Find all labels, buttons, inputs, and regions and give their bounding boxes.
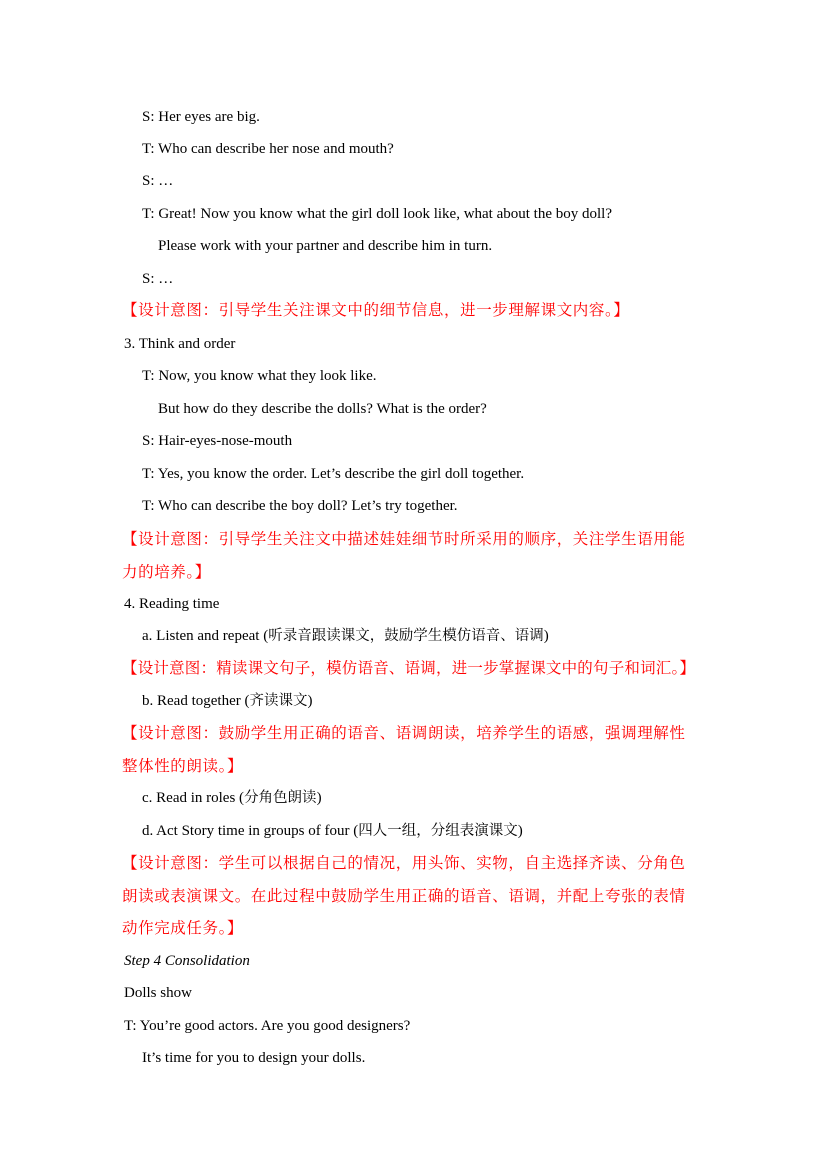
design-intent-note: 【设计意图：引导学生关注文中描述娃娃细节时所采用的顺序，关注学生语用能 [122,529,686,549]
activity-end: ) [307,693,312,709]
dialogue-line: T: Who can describe her nose and mouth? [142,139,394,159]
activity-en: d. Act Story time in groups of four ( [142,823,358,839]
activity-cn: 听录音跟读课文，鼓励学生模仿语音、语调 [268,628,544,644]
activity-item: d. Act Story time in groups of four (四人一… [142,821,523,841]
section-heading: 4. Reading time [124,594,219,614]
activity-end: ) [317,790,322,806]
design-intent-note: 【设计意图：精读课文句子，模仿语音、语调，进一步掌握课文中的句子和词汇。】 [122,658,695,678]
design-intent-note: 【设计意图：鼓励学生用正确的语音、语调朗读，培养学生的语感，强调理解性 [122,723,686,743]
activity-item: b. Read together (齐读课文) [142,691,312,711]
dialogue-line: T: Yes, you know the order. Let’s descri… [142,464,524,484]
activity-item: a. Listen and repeat (听录音跟读课文，鼓励学生模仿语音、语… [142,626,549,646]
design-intent-note-cont: 整体性的朗读。】 [122,756,243,776]
activity-en: b. Read together ( [142,693,249,709]
activity-cn: 四人一组，分组表演课文 [358,823,518,839]
dialogue-line: T: Now, you know what they look like. [142,366,377,386]
activity-end: ) [544,628,549,644]
design-intent-note-cont: 朗读或表演课文。在此过程中鼓励学生用正确的语音、语调，并配上夸张的表情 [122,886,686,906]
dialogue-line: S: Her eyes are big. [142,107,260,127]
dialogue-line: Please work with your partner and descri… [158,236,492,256]
activity-item: c. Read in roles (分角色朗读) [142,788,322,808]
dialogue-line: S: … [142,269,173,289]
dialogue-line: T: Great! Now you know what the girl dol… [142,204,612,224]
design-intent-note: 【设计意图：学生可以根据自己的情况，用头饰、实物，自主选择齐读、分角色 [122,853,686,873]
section-heading: 3. Think and order [124,334,235,354]
dialogue-line: T: Who can describe the boy doll? Let’s … [142,496,458,516]
dialogue-line: S: Hair-eyes-nose-mouth [142,431,292,451]
activity-en: c. Read in roles ( [142,790,244,806]
design-intent-note: 【设计意图：引导学生关注课文中的细节信息，进一步理解课文内容。】 [122,300,629,320]
activity-en: a. Listen and repeat ( [142,628,268,644]
dialogue-line: T: You’re good actors. Are you good desi… [124,1016,410,1036]
activity-end: ) [518,823,523,839]
step-heading: Step 4 Consolidation [124,951,250,971]
design-intent-note-cont: 力的培养。】 [122,562,211,582]
document-page: S: Her eyes are big. T: Who can describe… [0,0,827,1170]
activity-cn: 齐读课文 [249,693,307,709]
dialogue-line: It’s time for you to design your dolls. [142,1048,365,1068]
dialogue-line: But how do they describe the dolls? What… [158,399,487,419]
design-intent-note-cont: 动作完成任务。】 [122,918,243,938]
activity-cn: 分角色朗读 [244,790,317,806]
activity-title: Dolls show [124,983,192,1003]
dialogue-line: S: … [142,171,173,191]
